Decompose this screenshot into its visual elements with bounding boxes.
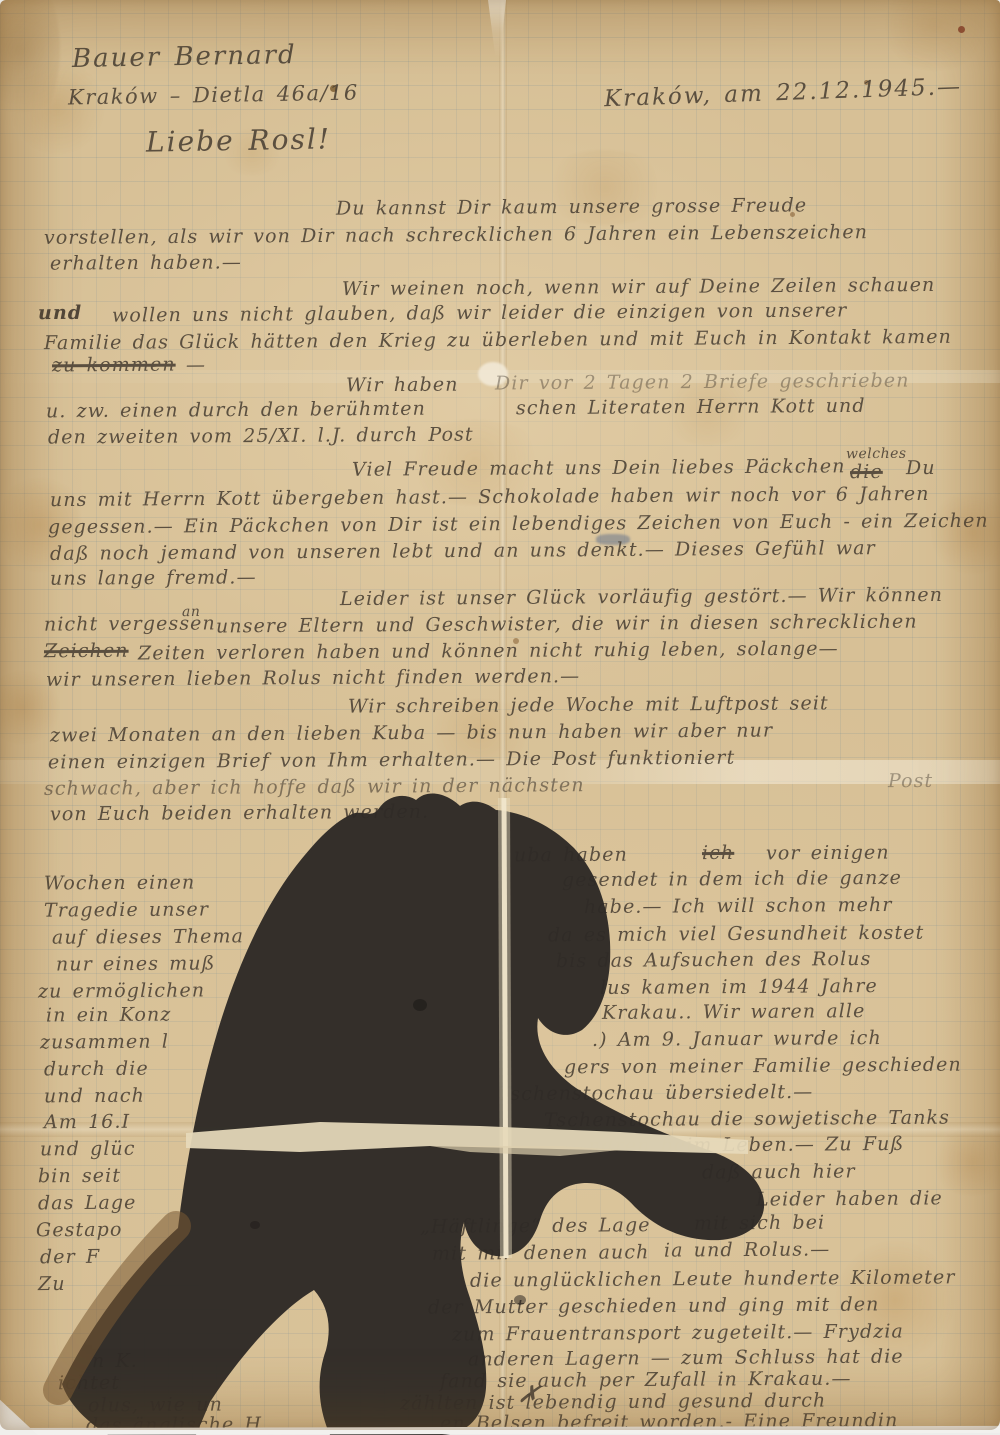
fold-crack-vertical-core — [504, 798, 506, 1258]
handwriting-line: unsere Eltern und Geschwister, die wir i… — [216, 611, 918, 638]
handwriting-fragment: gesendet in dem ich die ganze — [562, 867, 902, 891]
handwriting-word-faded: Post — [888, 770, 933, 792]
handwriting-fragment: Krakau.. Wir waren alle — [602, 1000, 866, 1024]
handwriting-struck-word: Zeichen — [44, 640, 129, 663]
paper-stain — [930, 490, 1000, 575]
handwriting-fragment: da es mich viel Gesundheit kostet — [548, 922, 924, 947]
handwriting-line: erhalten haben.— — [50, 251, 242, 274]
handwriting-fragment: nur eines muß — [56, 952, 216, 975]
handwriting-fragment: fand sie auch per Zufall in Krakau.— — [440, 1368, 852, 1393]
handwriting-line: von Euch beiden erhalten werden. — [50, 801, 429, 826]
handwriting-fragment: bis das Aufsuchen des Rolus — [556, 948, 872, 972]
handwriting-line: uns mit Herrn Kott übergeben hast.— Scho… — [50, 483, 930, 511]
handwriting-line-faded: Dir vor 2 Tagen 2 Briefe geschrieben — [495, 370, 910, 395]
handwriting-fragment: Gestapo — [36, 1219, 123, 1242]
handwriting-fragment: und glüc — [40, 1138, 136, 1161]
handwriting-line: den zweiten vom 25/XI. l.J. durch Post — [48, 424, 474, 449]
handwriting-fragment: der Mutter geschieden und ging mit den — [428, 1293, 880, 1318]
handwriting-fragment: vor einigen — [766, 842, 890, 865]
handwriting-struck-words: zu kommen — [52, 354, 176, 377]
handwriting-fragment: Tragedie unser — [44, 898, 209, 921]
handwriting-line: schen Literaten Herrn Kott und — [516, 395, 866, 419]
sender-address: Kraków – Dietla 46a/16 — [68, 81, 359, 108]
sender-name: Bauer Bernard — [72, 44, 297, 70]
handwriting-line: einen einzigen Brief von Ihm erhalten.— … — [48, 747, 735, 774]
handwriting-fragment: n K. — [92, 1350, 138, 1372]
handwriting-struck-word: ich — [702, 842, 734, 864]
handwriting-fragment: gers von meiner Familie geschieden — [564, 1054, 962, 1079]
handwriting-struck-word: die — [850, 461, 883, 483]
handwriting-line: Wir weinen noch, wenn wir auf Deine Zeil… — [342, 274, 935, 300]
handwriting-dash: — — [186, 354, 206, 376]
handwriting-fragment: „Häftlinge“ des Lage — [420, 1214, 651, 1238]
handwriting-fragment: zum Frauentransport zugeteilt.— Frydzia — [452, 1320, 904, 1345]
handwriting-line: Leider ist unser Glück vorläufig gestört… — [340, 584, 943, 610]
handwriting-fragment: das Lage — [38, 1192, 137, 1215]
handwriting-fragment: mit sich bei — [694, 1212, 825, 1235]
paper-stain — [0, 0, 60, 130]
handwriting-fragment: zu ermöglichen — [38, 979, 205, 1002]
handwriting-fragment: die unglücklichen Leute hunderte Kilomet… — [470, 1266, 956, 1291]
handwriting-fragment: ichtet — [58, 1372, 120, 1394]
handwriting-line: u. zw. einen durch den berühmten — [46, 398, 426, 423]
ink-blot-dark-spot — [250, 1221, 260, 1229]
scanner-background-strip — [0, 1426, 1000, 1435]
check-mark: ✗ — [517, 1383, 543, 1408]
handwriting-line: vorstellen, als wir von Dir nach schreck… — [44, 221, 868, 249]
handwriting-line: Viel Freude macht uns Dein liebes Päckch… — [352, 455, 846, 480]
handwriting-fragment: Leider haben die — [756, 1187, 943, 1210]
handwriting-line: Zeiten verloren haben und können nicht r… — [138, 638, 839, 665]
handwriting-fragment: mit mir denen auch — [432, 1241, 650, 1265]
ink-blot-dark-spot — [413, 999, 427, 1011]
handwriting-word: Du — [906, 457, 936, 479]
handwriting-line: Wir schreiben jede Woche mit Luftpost se… — [348, 692, 829, 717]
handwriting-line: daß noch jemand von unseren lebt und an … — [50, 537, 876, 565]
handwriting-fragment: habe.— Ich will schon mehr — [584, 894, 893, 918]
handwriting-fragment: uba haben — [514, 844, 628, 867]
handwriting-fragment: Am 16.I — [44, 1111, 130, 1134]
handwriting-line: zwei Monaten an den lieben Kuba — bis nu… — [50, 719, 773, 746]
handwriting-fragment: Zu — [38, 1273, 66, 1295]
handwriting-fragment: auf dieses Thema — [52, 925, 244, 948]
handwriting-fragment: Wochen einen — [44, 871, 195, 894]
handwriting-fragment: zusammen l — [40, 1031, 169, 1054]
paper-stain — [880, 0, 990, 70]
handwriting-line: wir unseren lieben Rolus nicht finden we… — [46, 665, 580, 691]
handwriting-fragment: durch die — [44, 1058, 149, 1081]
scanned-letter: Bauer Bernard Kraków – Dietla 46a/16 Kra… — [0, 0, 1000, 1435]
handwriting-line: Wir haben — [346, 374, 459, 397]
handwriting-fragment: Tschenstochau übersiedelt.— — [498, 1081, 814, 1105]
handwriting-fragment: .) Am 9. Januar wurde ich — [592, 1027, 882, 1051]
fold-crack-vertical — [504, 798, 506, 1258]
handwriting-fragment: lus kamen im 1944 Jahre — [600, 975, 878, 999]
handwriting-fragment: Tschenstochau die sowjetische Tanks — [544, 1107, 950, 1132]
ink-speck — [958, 26, 965, 33]
handwriting-line: uns lange fremd.— — [50, 566, 257, 589]
dateline: Kraków, am 22.12.1945.— — [604, 76, 963, 110]
handwriting-fragment: daß auch hier — [702, 1160, 856, 1183]
handwriting-line: Du kannst Dir kaum unsere grosse Freude — [336, 194, 807, 219]
handwriting-line: Familie das Glück hätten den Krieg zu üb… — [44, 326, 952, 354]
handwriting-fragment: bin seit — [38, 1165, 121, 1188]
handwriting-fragment: ndren beim Leben.— Zu Fuß — [588, 1133, 904, 1157]
handwriting-insertion: an — [182, 601, 201, 623]
handwriting-fragment: ia und Rolus.— — [664, 1238, 831, 1261]
handwriting-fragment: in ein Konz — [46, 1004, 172, 1027]
handwriting-line-damaged: schwach, aber ich hoffe daß wir in der n… — [44, 774, 585, 800]
salutation: Liebe Rosl! — [146, 128, 331, 153]
handwriting-fragment: der F — [40, 1246, 100, 1268]
handwriting-word-overwritten: und — [38, 302, 82, 324]
paper-tear — [482, 0, 512, 58]
paper-stain — [930, 1130, 1000, 1195]
handwriting-line: gegessen.— Ein Päckchen von Dir ist ein … — [48, 510, 989, 539]
handwriting-fragment: und nach — [44, 1085, 145, 1108]
letter-page: Bauer Bernard Kraków – Dietla 46a/16 Kra… — [0, 0, 1000, 1430]
handwriting-line: wollen uns nicht glauben, daß wir leider… — [112, 299, 847, 326]
